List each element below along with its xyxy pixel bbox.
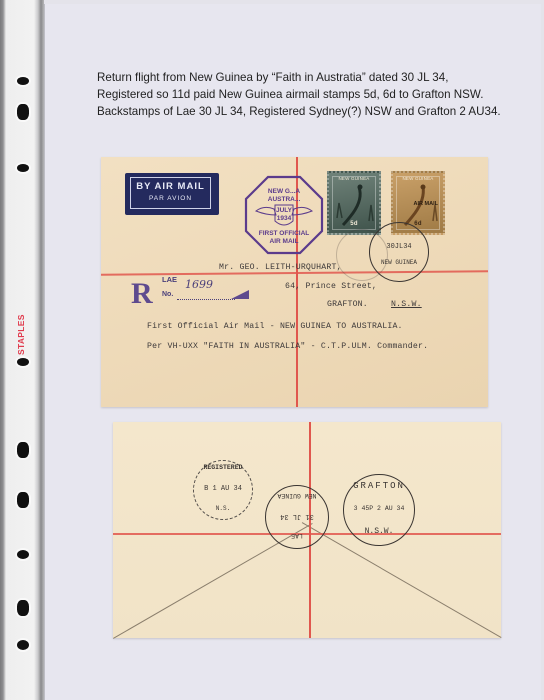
punch-hole [17, 104, 29, 120]
first-flight-cachet: NEW G...A AUSTRA... JULY 1934 FIRST OFFI… [244, 175, 324, 255]
address-state: N.S.W. [391, 300, 422, 309]
airmail-label-line1: BY AIR MAIL [131, 181, 210, 192]
page-caption: Return flight from New Guinea by “Faith … [97, 69, 517, 120]
binder-punch-strip: STAPLES [0, 0, 44, 700]
airmail-label-line2: PAR AVION [131, 195, 210, 202]
registration-r: R [131, 277, 153, 311]
registered-backstamp: REGISTERED B 1 AU 34 N.S. [193, 460, 253, 520]
postmark-top: NEW GUINEA [266, 492, 328, 499]
flap-edge [302, 522, 502, 638]
postmark-bottom: LAE [266, 532, 328, 539]
caption-line: Return flight from New Guinea by “Faith … [97, 69, 517, 86]
punch-hole [17, 164, 29, 172]
cachet-line2: AUSTRA... [244, 196, 324, 203]
registration-dotted-line [177, 299, 235, 300]
postmark-bottom: N.S. [194, 505, 252, 512]
cachet-line1: NEW G...A [244, 188, 324, 195]
cachet-line5: FIRST OFFICIAL [244, 230, 324, 237]
postmark-top: GRAFTON [344, 481, 414, 491]
postmark-date: 3 45P 2 AU 34 [344, 505, 414, 512]
punch-hole [17, 442, 29, 458]
caption-line: Backstamps of Lae 30 JL 34, Registered S… [97, 103, 517, 120]
stamp-overprint: AIR MAIL [414, 201, 438, 207]
registration-wedge [231, 290, 249, 299]
address-line3: GRAFTON. [327, 300, 368, 309]
punch-hole [17, 640, 29, 650]
stamp-value: 5d [329, 221, 379, 227]
punch-hole [17, 77, 29, 85]
caption-line: Registered so 11d paid New Guinea airmai… [97, 86, 517, 103]
postmark-bottom: N.S.W. [344, 527, 414, 536]
faint-postmark [336, 229, 388, 281]
postmark-date: 31 JL 34 [266, 512, 328, 520]
punch-hole [17, 492, 29, 508]
front-cover: BY AIR MAIL PAR AVION NEW G...A AUSTRA..… [101, 157, 488, 407]
postmark-top: REGISTERED [194, 464, 252, 471]
registration-office: LAE [162, 275, 177, 284]
stamp-5d-green: NEW GUINEA 5d [327, 171, 381, 235]
back-cover: REGISTERED B 1 AU 34 N.S. NEW GUINEA 31 … [113, 422, 501, 638]
address-line1: Mr. GEO. LEITH-URQUHART, [219, 263, 342, 272]
address-line2: 64, Prince Street, [285, 282, 377, 291]
postmark-date: B 1 AU 34 [194, 485, 252, 493]
lae-backstamp: NEW GUINEA 31 JL 34 LAE [265, 485, 329, 549]
staples-brand-text: STAPLES [16, 305, 30, 365]
cachet-line6: AIR MAIL [244, 238, 324, 245]
registration-number: 1699 [185, 278, 213, 291]
typed-note-line1: First Official Air Mail - NEW GUINEA TO … [147, 322, 403, 331]
airmail-label: BY AIR MAIL PAR AVION [125, 173, 219, 215]
cachet-month: JULY [244, 207, 324, 214]
typed-note-line2: Per VH-UXX "FAITH IN AUSTRALIA" - C.T.P.… [147, 342, 428, 351]
punch-hole [17, 600, 29, 616]
registration-no-label: No. [162, 291, 173, 298]
cachet-year: 1934 [244, 215, 324, 222]
punch-hole [17, 358, 29, 366]
grafton-backstamp: GRAFTON 3 45P 2 AU 34 N.S.W. [343, 474, 415, 546]
punch-hole [17, 550, 29, 559]
